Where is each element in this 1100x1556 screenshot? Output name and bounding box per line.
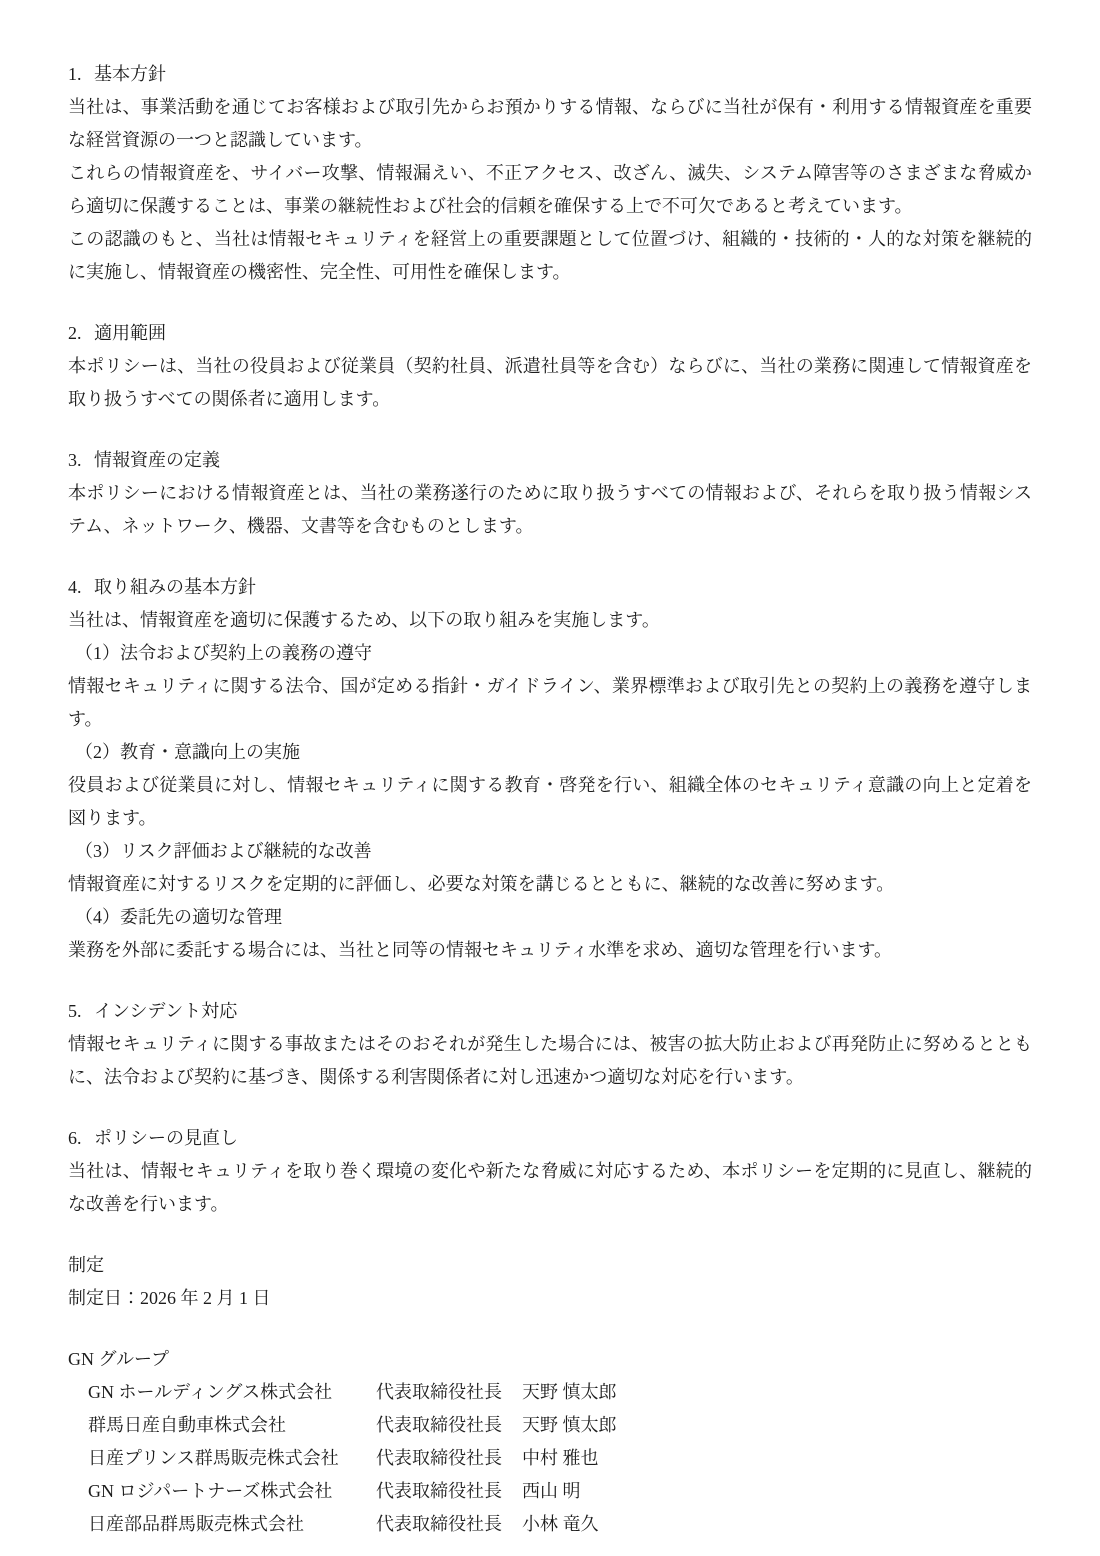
section-paragraph: 業務を外部に委託する場合には、当社と同等の情報セキュリティ水準を求め、適切な管理…: [68, 934, 1032, 967]
section-paragraph: 当社は、情報セキュリティを取り巻く環境の変化や新たな脅威に対応するため、本ポリシ…: [68, 1155, 1032, 1221]
section-title: 基本方針: [94, 64, 166, 84]
representative-name: 中村 雅也: [522, 1442, 1032, 1475]
section-heading: 6.ポリシーの見直し: [68, 1122, 1032, 1155]
section-paragraph: 本ポリシーにおける情報資産とは、当社の業務遂行のために取り扱うすべての情報および…: [68, 477, 1032, 543]
company-list: GN ホールディングス株式会社代表取締役社長天野 慎太郎群馬日産自動車株式会社代…: [68, 1376, 1032, 1541]
section-paragraph: これらの情報資産を、サイバー攻撃、情報漏えい、不正アクセス、改ざん、滅失、システ…: [68, 157, 1032, 223]
section-heading: 2.適用範囲: [68, 317, 1032, 350]
section-number: 4.: [68, 571, 94, 604]
document-page: 1.基本方針当社は、事業活動を通じてお客様および取引先からお預かりする情報、なら…: [0, 0, 1100, 1556]
section-paragraph: 情報セキュリティに関する法令、国が定める指針・ガイドライン、業界標準および取引先…: [68, 670, 1032, 736]
company-row: 日産部品群馬販売株式会社代表取締役社長小林 竜久: [88, 1508, 1032, 1541]
company-row: 群馬日産自動車株式会社代表取締役社長天野 慎太郎: [88, 1409, 1032, 1442]
policy-section-5: 5.インシデント対応情報セキュリティに関する事故またはそのおそれが発生した場合に…: [68, 995, 1032, 1094]
subsection-heading: （3）リスク評価および継続的な改善: [68, 835, 1032, 868]
section-number: 2.: [68, 317, 94, 350]
section-number: 5.: [68, 995, 94, 1028]
company-row: GN ホールディングス株式会社代表取締役社長天野 慎太郎: [88, 1376, 1032, 1409]
company-row: GN ロジパートナーズ株式会社代表取締役社長西山 明: [88, 1475, 1032, 1508]
section-title: 適用範囲: [94, 323, 166, 343]
company-name: 群馬日産自動車株式会社: [88, 1409, 376, 1442]
section-title: 情報資産の定義: [94, 450, 220, 470]
section-title: ポリシーの見直し: [94, 1128, 238, 1148]
representative-title: 代表取締役社長: [376, 1508, 522, 1541]
representative-name: 天野 慎太郎: [522, 1376, 1032, 1409]
policy-sections: 1.基本方針当社は、事業活動を通じてお客様および取引先からお預かりする情報、なら…: [68, 58, 1032, 1221]
representative-name: 小林 竜久: [522, 1508, 1032, 1541]
policy-section-1: 1.基本方針当社は、事業活動を通じてお客様および取引先からお預かりする情報、なら…: [68, 58, 1032, 289]
representative-name: 西山 明: [522, 1475, 1032, 1508]
section-number: 3.: [68, 444, 94, 477]
subsection-heading: （1）法令および契約上の義務の遵守: [68, 637, 1032, 670]
representative-name: 天野 慎太郎: [522, 1409, 1032, 1442]
section-heading: 4.取り組みの基本方針: [68, 571, 1032, 604]
company-name: GN ホールディングス株式会社: [88, 1376, 376, 1409]
company-row: 日産プリンス群馬販売株式会社代表取締役社長中村 雅也: [88, 1442, 1032, 1475]
company-name: 日産プリンス群馬販売株式会社: [88, 1442, 376, 1475]
policy-section-2: 2.適用範囲本ポリシーは、当社の役員および従業員（契約社員、派遣社員等を含む）な…: [68, 317, 1032, 416]
enactment-block: 制定 制定日：2026 年 2 月 1 日: [68, 1249, 1032, 1315]
section-number: 1.: [68, 58, 94, 91]
section-paragraph: 当社は、情報資産を適切に保護するため、以下の取り組みを実施します。: [68, 604, 1032, 637]
subsection-heading: （4）委託先の適切な管理: [68, 901, 1032, 934]
representative-title: 代表取締役社長: [376, 1442, 522, 1475]
policy-section-6: 6.ポリシーの見直し当社は、情報セキュリティを取り巻く環境の変化や新たな脅威に対…: [68, 1122, 1032, 1221]
company-name: GN ロジパートナーズ株式会社: [88, 1475, 376, 1508]
section-heading: 3.情報資産の定義: [68, 444, 1032, 477]
policy-section-3: 3.情報資産の定義本ポリシーにおける情報資産とは、当社の業務遂行のために取り扱う…: [68, 444, 1032, 543]
enactment-label: 制定: [68, 1249, 1032, 1282]
group-name: GN グループ: [68, 1343, 1032, 1376]
section-title: 取り組みの基本方針: [94, 577, 256, 597]
section-paragraph: 当社は、事業活動を通じてお客様および取引先からお預かりする情報、ならびに当社が保…: [68, 91, 1032, 157]
section-paragraph: 役員および従業員に対し、情報セキュリティに関する教育・啓発を行い、組織全体のセキ…: [68, 769, 1032, 835]
section-paragraph: 情報資産に対するリスクを定期的に評価し、必要な対策を講じるとともに、継続的な改善…: [68, 868, 1032, 901]
group-block: GN グループ GN ホールディングス株式会社代表取締役社長天野 慎太郎群馬日産…: [68, 1343, 1032, 1541]
section-number: 6.: [68, 1122, 94, 1155]
representative-title: 代表取締役社長: [376, 1376, 522, 1409]
policy-section-4: 4.取り組みの基本方針当社は、情報資産を適切に保護するため、以下の取り組みを実施…: [68, 571, 1032, 967]
section-heading: 5.インシデント対応: [68, 995, 1032, 1028]
company-name: 日産部品群馬販売株式会社: [88, 1508, 376, 1541]
representative-title: 代表取締役社長: [376, 1409, 522, 1442]
representative-title: 代表取締役社長: [376, 1475, 522, 1508]
section-heading: 1.基本方針: [68, 58, 1032, 91]
section-paragraph: 情報セキュリティに関する事故またはそのおそれが発生した場合には、被害の拡大防止お…: [68, 1028, 1032, 1094]
section-paragraph: この認識のもと、当社は情報セキュリティを経営上の重要課題として位置づけ、組織的・…: [68, 223, 1032, 289]
section-paragraph: 本ポリシーは、当社の役員および従業員（契約社員、派遣社員等を含む）ならびに、当社…: [68, 350, 1032, 416]
subsection-heading: （2）教育・意識向上の実施: [68, 736, 1032, 769]
section-title: インシデント対応: [94, 1001, 237, 1021]
enactment-date: 制定日：2026 年 2 月 1 日: [68, 1282, 1032, 1315]
